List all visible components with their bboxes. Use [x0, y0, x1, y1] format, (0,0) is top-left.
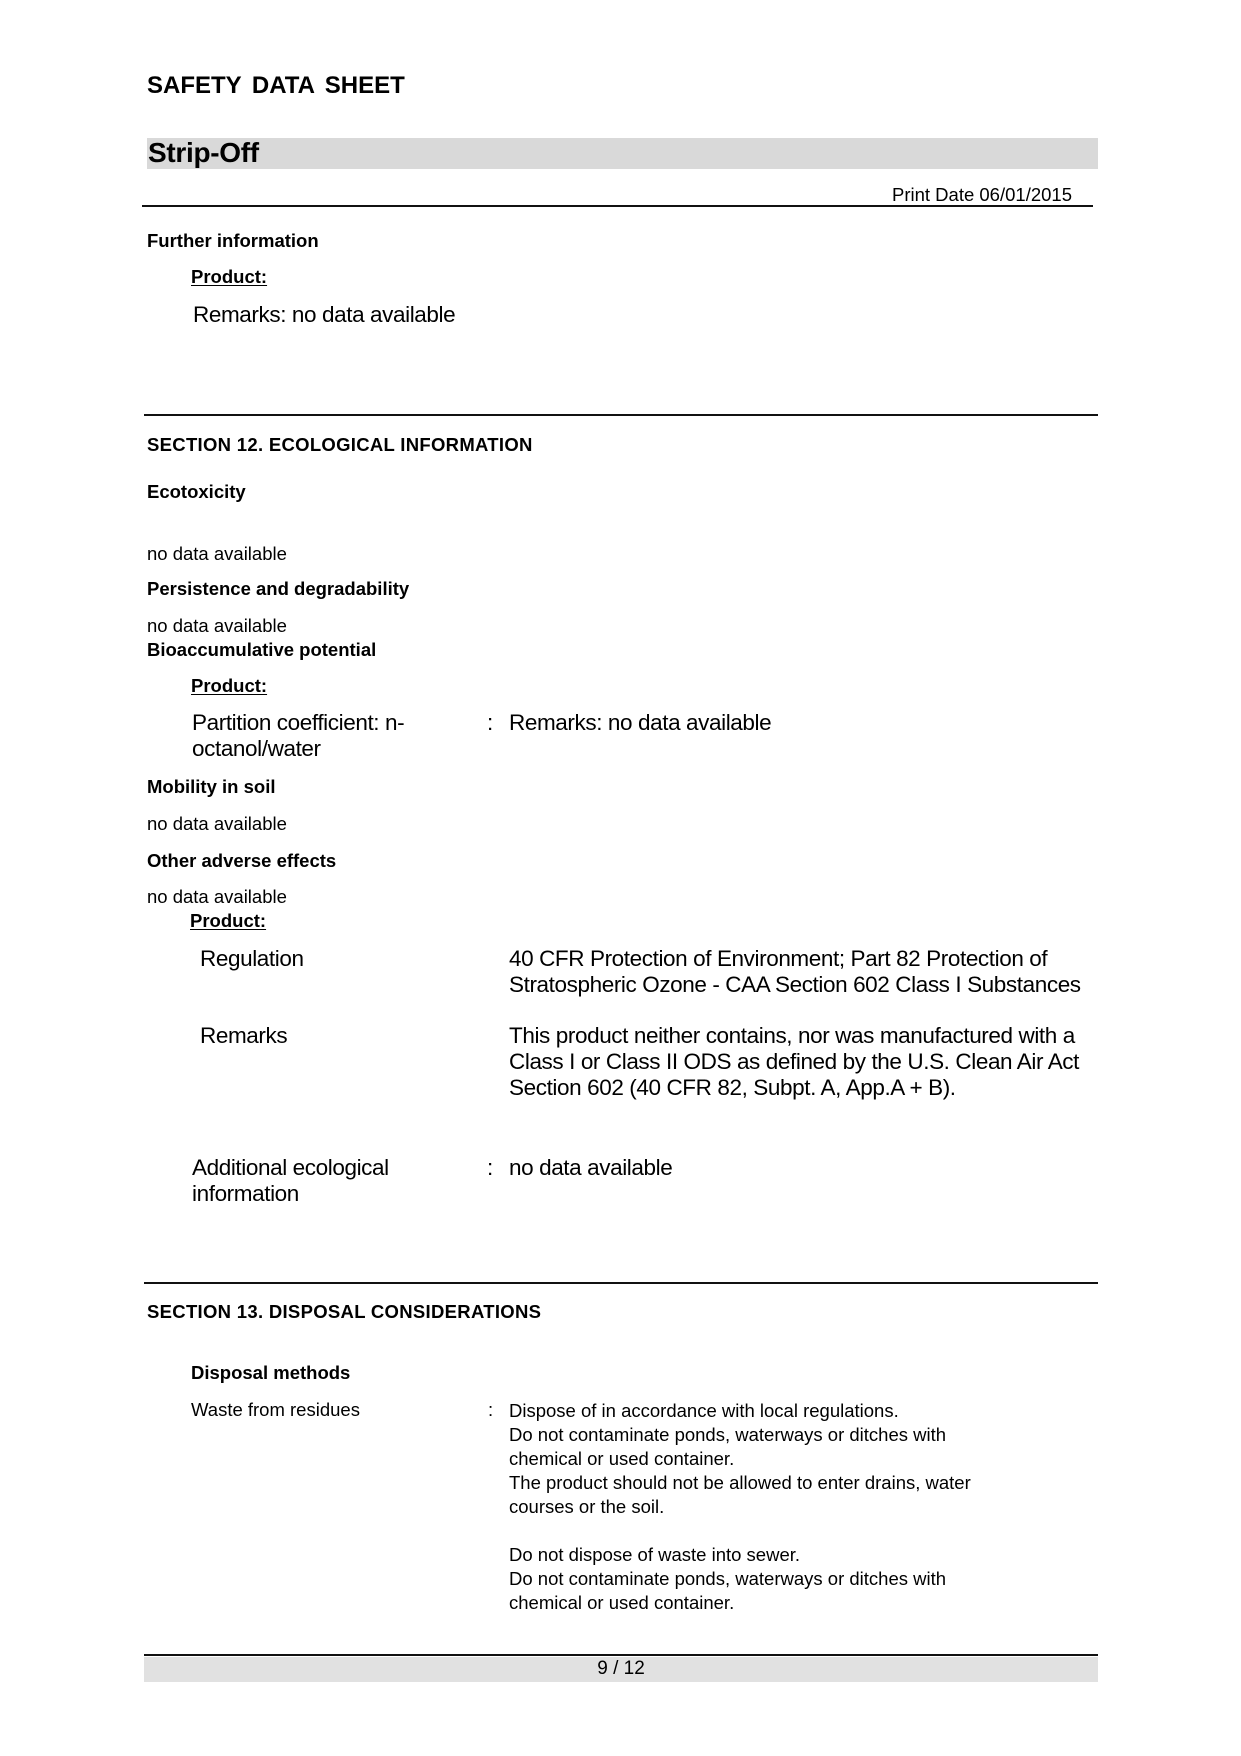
- section-12-title: SECTION 12. ECOLOGICAL INFORMATION: [147, 434, 533, 456]
- other-adverse-value: no data available: [147, 886, 287, 908]
- additional-ecological-label: Additional ecological information: [192, 1155, 442, 1207]
- additional-ecological-separator: :: [487, 1155, 493, 1181]
- ecotoxicity-value: no data available: [147, 543, 287, 565]
- product-name: Strip-Off: [148, 137, 259, 169]
- partition-coefficient-separator: :: [487, 710, 493, 736]
- document-title: SAFETY DATA SHEET: [147, 72, 405, 100]
- waste-line: Do not contaminate ponds, waterways or d…: [509, 1423, 1069, 1447]
- further-information-remarks: Remarks: no data available: [193, 302, 455, 328]
- header-divider: [142, 205, 1093, 207]
- bioaccumulative-product-subheading: Product:: [191, 675, 267, 697]
- waste-line: Do not dispose of waste into sewer.: [509, 1543, 1069, 1567]
- partition-coefficient-label: Partition coefficient: n-octanol/water: [192, 710, 442, 762]
- waste-separator: :: [488, 1399, 493, 1421]
- bioaccumulative-heading: Bioaccumulative potential: [147, 639, 376, 661]
- persistence-heading: Persistence and degradability: [147, 578, 409, 600]
- waste-line: chemical or used container.: [509, 1447, 1069, 1471]
- section-13-divider: [144, 1282, 1098, 1284]
- other-adverse-heading: Other adverse effects: [147, 850, 336, 872]
- page-number: 9 / 12: [144, 1658, 1098, 1680]
- section-12-divider: [144, 414, 1098, 416]
- waste-line: chemical or used container.: [509, 1591, 1069, 1615]
- product-name-bar: [147, 138, 1098, 169]
- waste-line: courses or the soil.: [509, 1495, 1069, 1519]
- remarks-value: This product neither contains, nor was m…: [509, 1023, 1089, 1101]
- print-date: Print Date 06/01/2015: [892, 184, 1072, 206]
- mobility-value: no data available: [147, 813, 287, 835]
- waste-line: Do not contaminate ponds, waterways or d…: [509, 1567, 1069, 1591]
- footer-divider: [144, 1654, 1098, 1656]
- waste-from-residues-value: Dispose of in accordance with local regu…: [509, 1399, 1069, 1615]
- regulation-label: Regulation: [200, 946, 304, 972]
- ecotoxicity-heading: Ecotoxicity: [147, 481, 246, 503]
- other-adverse-product-subheading: Product:: [190, 910, 266, 932]
- disposal-methods-heading: Disposal methods: [191, 1362, 350, 1384]
- persistence-value: no data available: [147, 615, 287, 637]
- remarks-label: Remarks: [200, 1023, 287, 1049]
- further-information-heading: Further information: [147, 230, 319, 252]
- section-13-title: SECTION 13. DISPOSAL CONSIDERATIONS: [147, 1301, 541, 1323]
- regulation-value: 40 CFR Protection of Environment; Part 8…: [509, 946, 1089, 998]
- waste-line: Dispose of in accordance with local regu…: [509, 1399, 1069, 1423]
- partition-coefficient-value: Remarks: no data available: [509, 710, 771, 736]
- waste-line: The product should not be allowed to ent…: [509, 1471, 1069, 1495]
- product-subheading: Product:: [191, 266, 267, 288]
- additional-ecological-value: no data available: [509, 1155, 672, 1181]
- waste-line: [509, 1519, 1069, 1543]
- mobility-heading: Mobility in soil: [147, 776, 275, 798]
- waste-from-residues-label: Waste from residues: [191, 1399, 360, 1421]
